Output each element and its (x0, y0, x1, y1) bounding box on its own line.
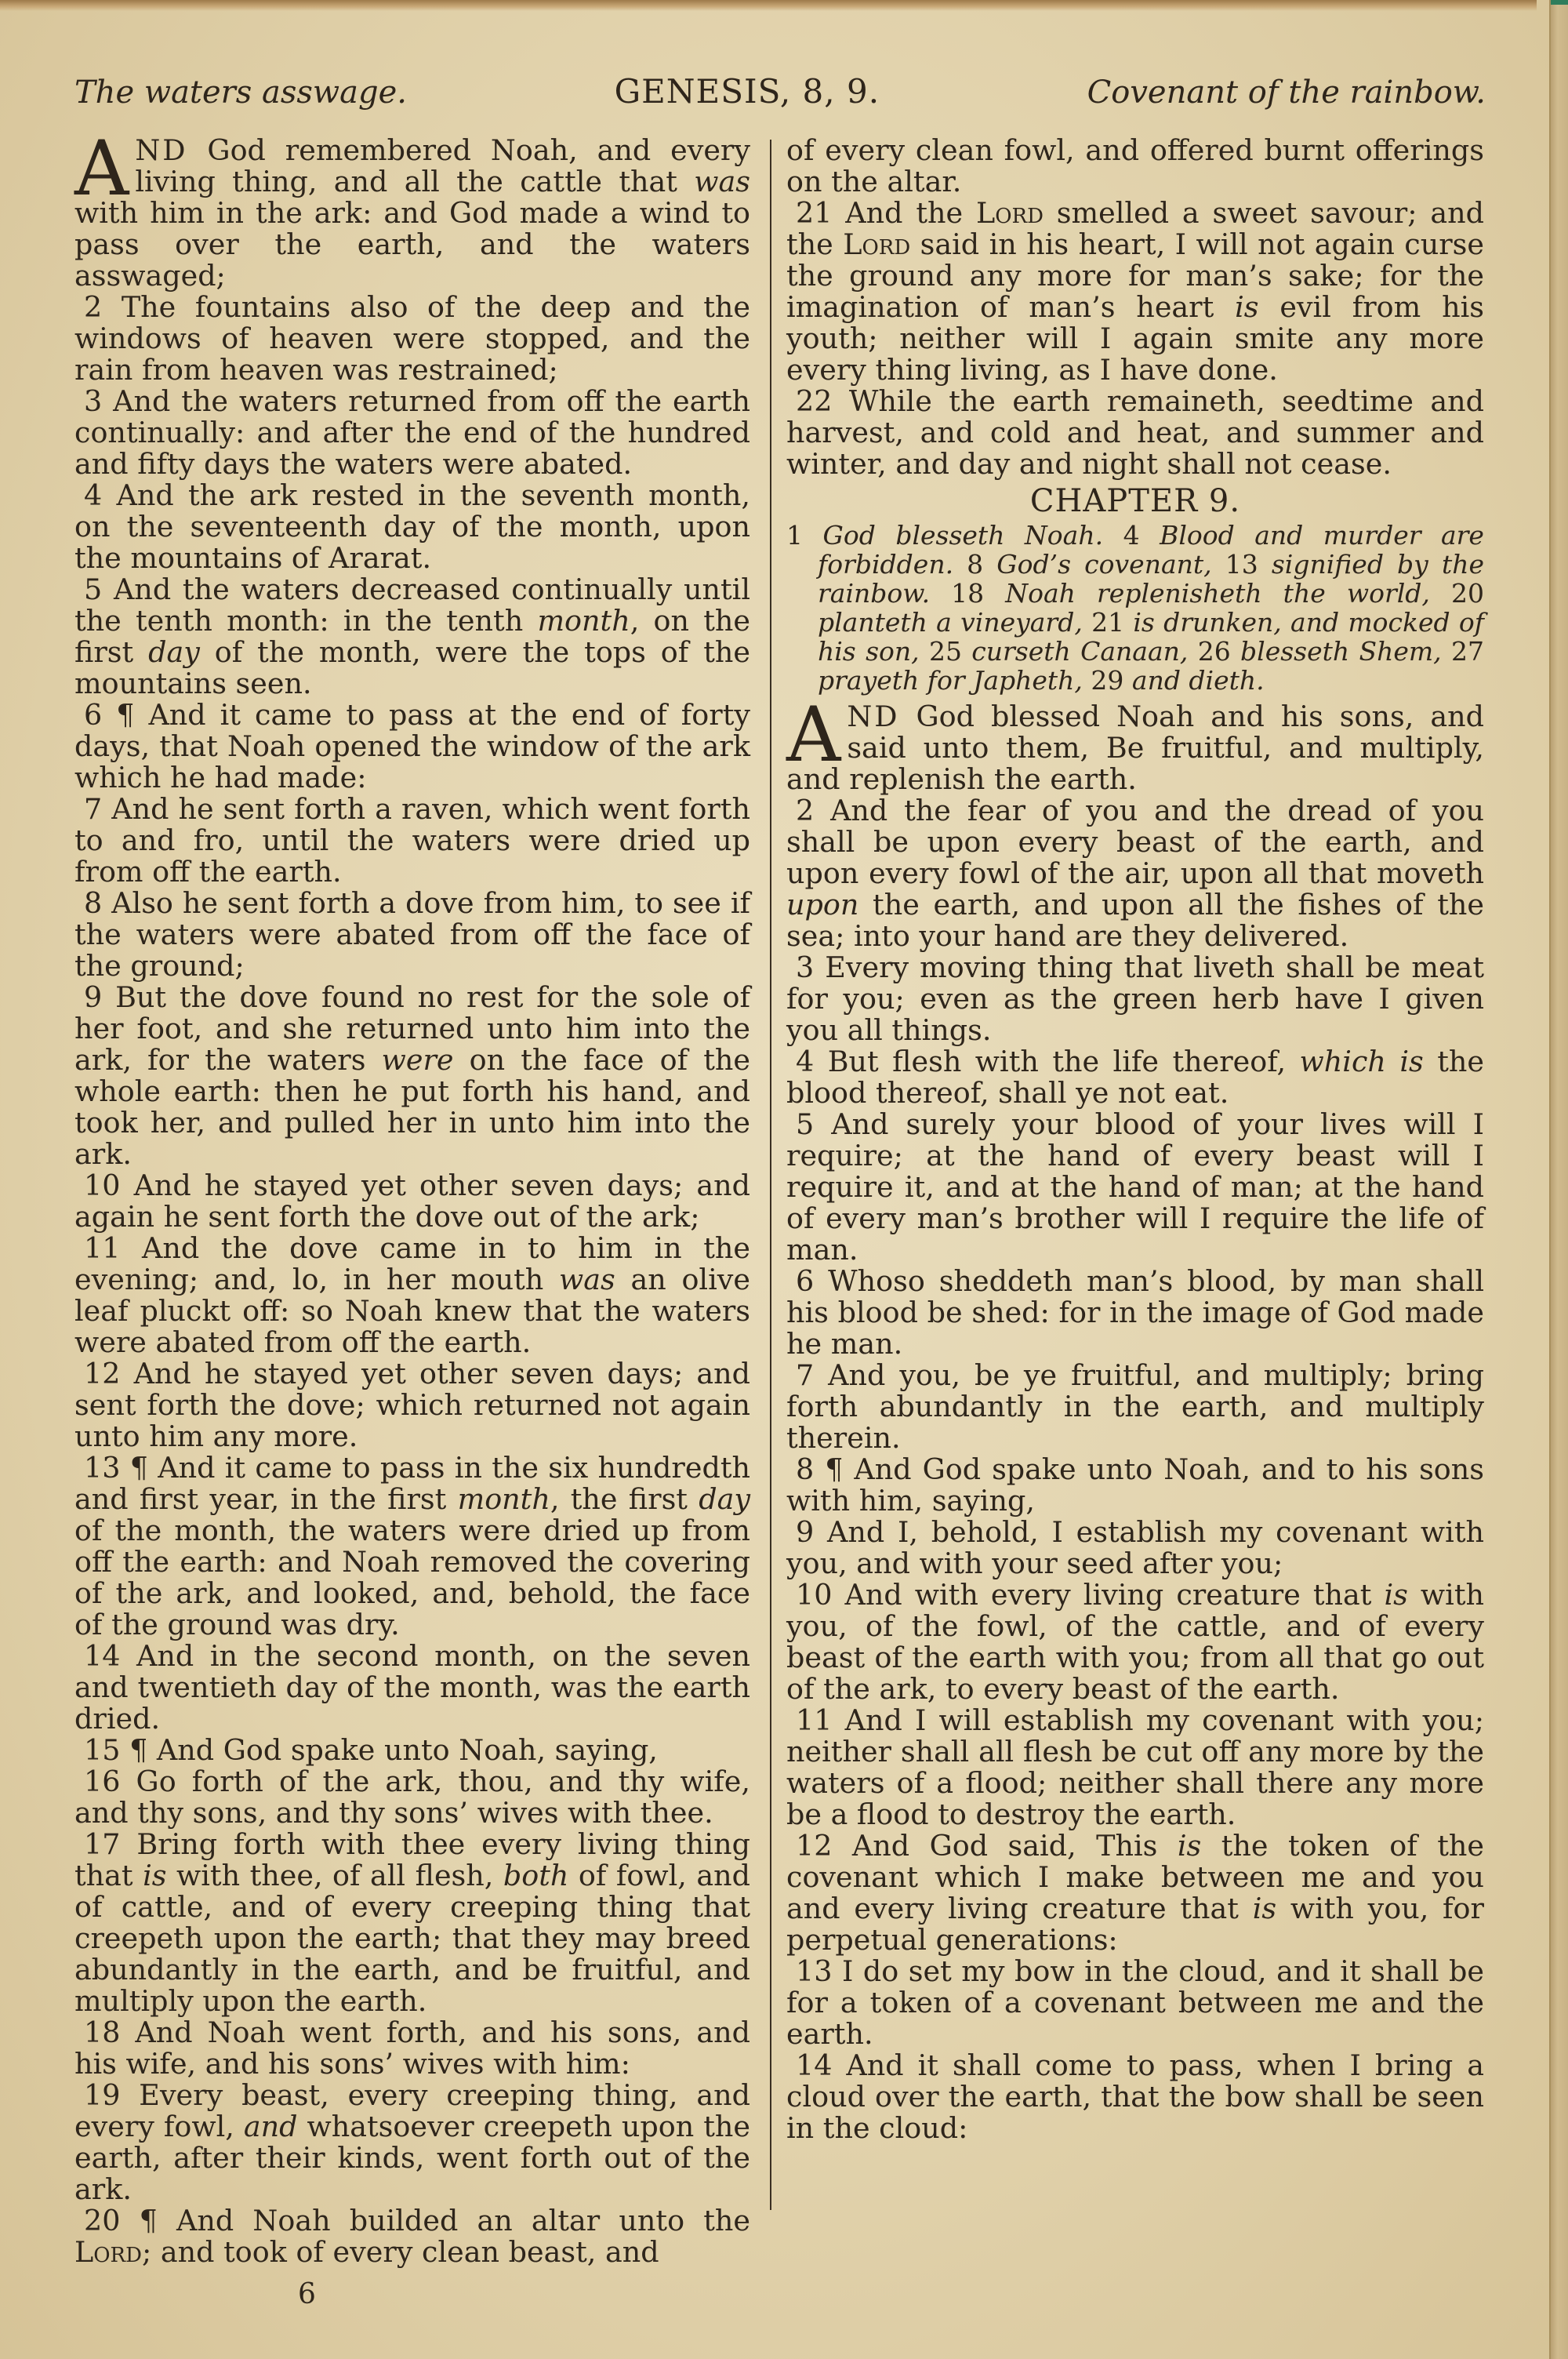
verse-text: blesseth Shem, (1240, 636, 1451, 667)
verse-number: 10 (796, 1578, 844, 1612)
verse-number: 5 (796, 1107, 831, 1141)
small-caps-word: Lord (74, 2235, 142, 2269)
verse-text: While the earth remaineth, seedtime and … (786, 384, 1484, 481)
verse-8-8: 8 Also he sent forth a dove from him, to… (74, 888, 750, 982)
verse-text: And he sent forth a raven, which went fo… (74, 792, 750, 889)
verse-text: Also he sent forth a dove from him, to s… (74, 886, 750, 983)
verse-text: And he stayed yet other seven days; and … (74, 1357, 750, 1453)
verse-text: And the waters returned from off the ear… (74, 384, 750, 481)
verse-ref-number: 21 (1091, 607, 1133, 638)
small-caps-word: Lord (843, 227, 910, 261)
verse-number: 5 (84, 572, 114, 606)
verse-9-7: 7 And you, be ye fruitful, and multiply;… (786, 1360, 1484, 1454)
verse-8-5: 5 And the waters decreased continually u… (74, 574, 750, 700)
verse-number: 7 (84, 792, 111, 826)
verse-number: 4 (796, 1045, 828, 1078)
verse-9-13: 13 I do set my bow in the cloud, and it … (786, 1956, 1484, 2050)
verse-number: 9 (796, 1515, 827, 1549)
verse-number: 3 (84, 384, 113, 418)
verse-number: 10 (84, 1169, 134, 1202)
verse-9-3: 3 Every moving thing that liveth shall b… (786, 952, 1484, 1046)
left-column: AND God remembered Noah, and every livin… (74, 135, 750, 2268)
verse-ref-number: 25 (929, 636, 971, 667)
verse-number: 20 (84, 2204, 140, 2237)
verse-9-12: 12 And God said, This is the token of th… (786, 1830, 1484, 1956)
verse-text: And the ark rested in the seventh month,… (74, 478, 750, 575)
verse-8-22: 22 While the earth remaineth, seedtime a… (786, 386, 1484, 480)
italic-word: month (458, 1482, 550, 1516)
verse-text: And the fear of you and the dread of you… (786, 794, 1484, 890)
verse-text: curseth Canaan, (971, 636, 1197, 667)
verse-number: 17 (84, 1827, 136, 1861)
verse-text: Whoso sheddeth man’s blood, by man shall… (786, 1264, 1484, 1361)
verse-ref-number: 20 (1451, 578, 1484, 609)
italic-word: is (1235, 290, 1258, 324)
page-number: 6 (298, 2278, 316, 2310)
verse-number: 6 (796, 1264, 828, 1298)
verse-8-7: 7 And he sent forth a raven, which went … (74, 794, 750, 888)
chapter-heading: CHAPTER 9. (786, 483, 1484, 519)
bible-page: The waters asswage. GENESIS, 8, 9. Coven… (0, 0, 1568, 2359)
verse-text: And God spake unto Noah, and to his sons… (786, 1452, 1484, 1518)
verse-text: But flesh with the life thereof, (828, 1045, 1300, 1078)
verse-text: of every clean fowl, and offered burnt o… (786, 133, 1484, 198)
verse-8-19: 19 Every beast, every creeping thing, an… (74, 2080, 750, 2205)
left-verses-list: 2 The fountains also of the deep and the… (74, 292, 750, 2268)
verse-text: God remembered Noah, and every living th… (135, 133, 750, 198)
verse-9-4: 4 But flesh with the life thereof, which… (786, 1046, 1484, 1109)
verse-ref-number: 18 (951, 578, 1005, 609)
verse-number: 21 (796, 196, 845, 230)
verse-text: And Noah builded an altar unto the (176, 2204, 750, 2237)
verse-number: 12 (796, 1829, 852, 1863)
verse-9-1: AND God blessed Noah and his sons, and s… (786, 701, 1484, 795)
verse-9-14: 14 And it shall come to pass, when I bri… (786, 2050, 1484, 2144)
opening-caps: ND (847, 700, 899, 733)
verse-number: 13 (84, 1451, 130, 1485)
verse-number: 8 (796, 1452, 825, 1486)
verse-text: God’s covenant, (996, 549, 1225, 580)
chapter-summary: 1 God blesseth Noah. 4 Blood and murder … (786, 521, 1484, 695)
verse-number: 7 (796, 1358, 828, 1392)
verse-text: And with every living creature that (844, 1578, 1384, 1612)
verse-9-8: 8 ¶ And God spake unto Noah, and to his … (786, 1454, 1484, 1517)
verse-text: And it shall come to pass, when I bring … (786, 2048, 1484, 2145)
verse-ref-number: 4 (1123, 520, 1160, 551)
verse-8-11: 11 And the dove came in to him in the ev… (74, 1233, 750, 1358)
verse-ref-number: 13 (1225, 549, 1272, 580)
italic-word: is (1178, 1829, 1201, 1863)
verse-8-3: 3 And the waters returned from off the e… (74, 386, 750, 480)
verse-text: prayeth for Japheth, (818, 665, 1091, 696)
verse-text: with thee, of all flesh, (167, 1859, 503, 1892)
verse-8-2: 2 The fountains also of the deep and the… (74, 292, 750, 386)
opening-caps: ND (135, 133, 187, 167)
right-column: of every clean fowl, and offered burnt o… (786, 135, 1484, 2144)
verse-8-4: 4 And the ark rested in the seventh mont… (74, 480, 750, 574)
verse-text: and dieth. (1132, 665, 1265, 696)
drop-cap: A (786, 704, 840, 765)
verse-text: And you, be ye fruitful, and multiply; b… (786, 1358, 1484, 1455)
verse-number: 19 (84, 2078, 139, 2112)
column-divider (770, 140, 771, 2210)
italic-word: both (503, 1859, 569, 1892)
italic-word: is (1253, 1892, 1276, 1925)
verse-number: 15 (84, 1733, 129, 1767)
verse-text: , the first (550, 1482, 699, 1516)
verse-8-10: 10 And he stayed yet other seven days; a… (74, 1170, 750, 1233)
running-head-left: The waters asswage. (74, 75, 407, 111)
verse-number: 2 (84, 290, 122, 324)
verse-text: Every moving thing that liveth shall be … (786, 951, 1484, 1047)
running-head: The waters asswage. GENESIS, 8, 9. Coven… (74, 72, 1486, 119)
verse-number: 6 (84, 698, 116, 732)
verse-8-18: 18 And Noah went forth, and his sons, an… (74, 2017, 750, 2080)
verse-8-20: 20 ¶ And Noah builded an altar unto the … (74, 2205, 750, 2268)
verse-text: The fountains also of the deep and the w… (74, 290, 750, 387)
page-fore-edge (1549, 0, 1568, 2359)
verse-ref-number: 27 (1451, 636, 1484, 667)
chapter-9-verses-list: 2 And the fear of you and the dread of y… (786, 795, 1484, 2144)
pilcrow-icon: ¶ (140, 2204, 176, 2237)
verse-ref-number: 26 (1198, 636, 1240, 667)
italic-word: is (1384, 1578, 1407, 1612)
green-tab-marker (1551, 0, 1568, 5)
verse-9-10: 10 And with every living creature that i… (786, 1579, 1484, 1705)
verse-8-9: 9 But the dove found no rest for the sol… (74, 982, 750, 1170)
verse-number: 13 (796, 1954, 842, 1988)
verse-text: God blesseth Noah. (822, 520, 1123, 551)
italic-word: which is (1300, 1045, 1424, 1078)
italic-word: day (699, 1482, 750, 1516)
italic-word: and (244, 2110, 298, 2143)
italic-word: day (148, 635, 200, 669)
verse-8-12: 12 And he stayed yet other seven days; a… (74, 1358, 750, 1452)
italic-word: upon (786, 888, 858, 921)
pilcrow-icon: ¶ (129, 1733, 157, 1767)
verse-text: of the month, the waters were dried up f… (74, 1514, 750, 1641)
verse-ref-number: 1 (786, 520, 822, 551)
verse-8-1: AND God remembered Noah, and every livin… (74, 135, 750, 292)
verse-8-6: 6 ¶ And it came to pass at the end of fo… (74, 700, 750, 794)
verse-9-9: 9 And I, behold, I establish my covenant… (786, 1517, 1484, 1579)
pilcrow-icon: ¶ (116, 698, 148, 732)
verse-text: And surely your blood of your lives will… (786, 1107, 1484, 1267)
verse-8-17: 17 Bring forth with thee every living th… (74, 1829, 750, 2017)
verse-number: 18 (84, 2016, 135, 2049)
verse-number: 14 (84, 1639, 136, 1673)
verse-8-21: 21 And the Lord smelled a sweet savour; … (786, 198, 1484, 386)
verse-text: And I will establish my covenant with yo… (786, 1703, 1484, 1831)
pilcrow-icon: ¶ (825, 1452, 854, 1486)
italic-word: month (537, 604, 630, 638)
verse-text: And he stayed yet other seven days; and … (74, 1169, 750, 1234)
drop-cap: A (74, 138, 129, 199)
verse-8-20-continuation: of every clean fowl, and offered burnt o… (786, 135, 1484, 198)
running-head-right: Covenant of the rainbow. (1087, 75, 1486, 111)
italic-word: were (382, 1043, 454, 1077)
verse-text: Go forth of the ark, thou, and thy wife,… (74, 1765, 750, 1830)
verse-9-11: 11 And I will establish my covenant with… (786, 1705, 1484, 1830)
verse-text: with him in the ark: and God made a wind… (74, 196, 750, 293)
verse-9-5: 5 And surely your blood of your lives wi… (786, 1109, 1484, 1266)
verse-8-16: 16 Go forth of the ark, thou, and thy wi… (74, 1766, 750, 1829)
verse-text: And I, behold, I establish my covenant w… (786, 1515, 1484, 1580)
verse-number: 11 (84, 1231, 142, 1265)
italic-word: is (143, 1859, 166, 1892)
small-caps-word: Lord (976, 196, 1044, 230)
verse-ref-number: 29 (1091, 665, 1131, 696)
verse-ref-number: 8 (967, 549, 996, 580)
verse-number: 14 (796, 2048, 846, 2082)
verse-text: And God spake unto Noah, saying, (157, 1733, 658, 1767)
verse-number: 3 (796, 951, 825, 984)
verse-number: 2 (796, 794, 830, 827)
verse-number: 4 (84, 478, 116, 512)
verse-9-2: 2 And the fear of you and the dread of y… (786, 795, 1484, 952)
verse-text: ; and took of every clean beast, and (142, 2235, 659, 2269)
verse-text: Noah replenisheth the world, (1005, 578, 1451, 609)
verse-8-13: 13 ¶ And it came to pass in the six hund… (74, 1452, 750, 1641)
verse-9-6: 6 Whoso sheddeth man’s blood, by man sha… (786, 1266, 1484, 1360)
pilcrow-icon: ¶ (130, 1451, 158, 1485)
verse-text: planteth a vineyard, (818, 607, 1091, 638)
verse-number: 12 (84, 1357, 134, 1390)
verse-text: And it came to pass at the end of forty … (74, 698, 750, 794)
running-head-book-chapter: GENESIS, 8, 9. (615, 72, 880, 111)
verse-text: And God said, This (852, 1829, 1178, 1863)
verse-8-14: 14 And in the second month, on the seven… (74, 1641, 750, 1735)
verse-number: 8 (84, 886, 111, 920)
italic-word: was (694, 165, 750, 198)
verse-text: I do set my bow in the cloud, and it sha… (786, 1954, 1484, 2051)
verse-number: 16 (84, 1765, 136, 1798)
verse-number: 11 (796, 1703, 845, 1737)
verse-text: And Noah went forth, and his sons, and h… (74, 2016, 750, 2081)
verse-8-15: 15 ¶ And God spake unto Noah, saying, (74, 1735, 750, 1766)
italic-word: was (559, 1263, 615, 1296)
verse-number: 9 (84, 980, 115, 1014)
verse-number: 22 (796, 384, 849, 418)
verse-text: And the (845, 196, 976, 230)
page-top-stain (0, 0, 1537, 11)
chapter-8-verses-list: 21 And the Lord smelled a sweet savour; … (786, 198, 1484, 480)
verse-text: the earth, and upon all the fishes of th… (786, 888, 1484, 953)
verse-text: And in the second month, on the seven an… (74, 1639, 750, 1736)
